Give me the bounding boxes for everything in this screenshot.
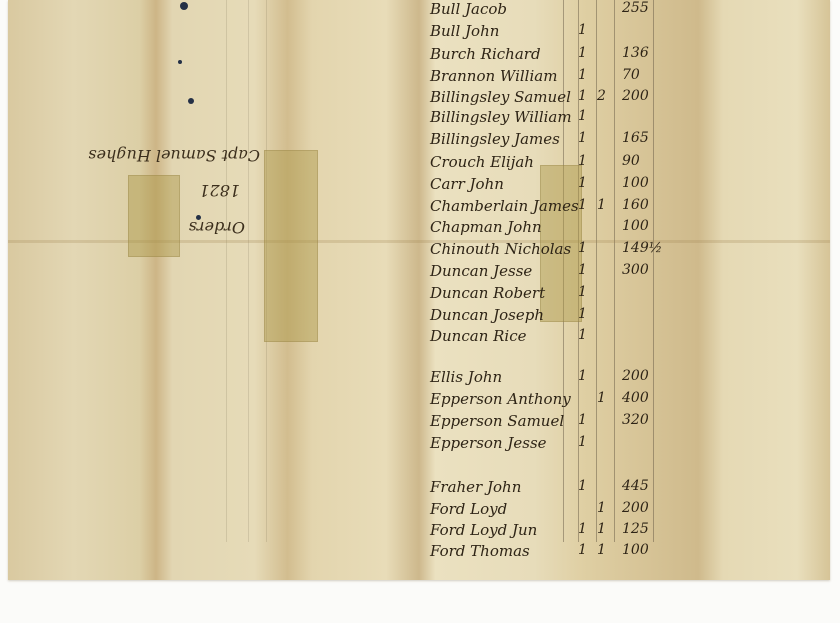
row-name: Duncan Rice (430, 327, 527, 345)
docket-captain: Capt Samuel Hughes (88, 146, 260, 165)
row-amount: 400 (622, 390, 649, 406)
row-name: Burch Richard (430, 45, 541, 63)
row-count1: 1 (578, 368, 587, 384)
ink-spot (178, 60, 182, 64)
row-name: Ford Thomas (430, 542, 530, 560)
row-count1: 1 (578, 88, 587, 104)
row-count1: 1 (578, 22, 587, 38)
row-name: Epperson Anthony (430, 390, 571, 408)
ledger-paper (8, 0, 830, 580)
row-amount: 320 (622, 412, 649, 428)
row-count1: 1 (578, 327, 587, 343)
row-count2: 1 (597, 390, 606, 406)
row-name: Fraher John (430, 478, 521, 496)
row-count1: 1 (578, 521, 587, 537)
row-name: Crouch Elijah (430, 153, 534, 171)
column-rule (614, 0, 615, 542)
row-name: Duncan Robert (430, 284, 545, 302)
row-amount: 70 (622, 67, 640, 83)
row-amount: 160 (622, 197, 649, 213)
row-amount: 90 (622, 153, 640, 169)
row-amount: 200 (622, 88, 649, 104)
row-count1: 1 (578, 197, 587, 213)
row-amount: 165 (622, 130, 649, 146)
column-rule (653, 0, 654, 542)
row-amount: 149½ (622, 240, 662, 256)
row-count1: 1 (578, 478, 587, 494)
row-name: Brannon William (430, 67, 557, 85)
row-count1: 1 (578, 45, 587, 61)
row-amount: 200 (622, 500, 649, 516)
row-amount: 255 (622, 0, 649, 16)
row-count1: 1 (578, 306, 587, 322)
docket-title: Orders (189, 218, 245, 237)
row-name: Chapman John (430, 218, 542, 236)
row-name: Duncan Jesse (430, 262, 532, 280)
row-count1: 1 (578, 153, 587, 169)
row-count1: 1 (578, 284, 587, 300)
row-count1: 1 (578, 175, 587, 191)
row-amount: 100 (622, 542, 649, 558)
column-rule (248, 0, 249, 542)
row-count2: 1 (597, 542, 606, 558)
row-count1: 1 (578, 240, 587, 256)
row-amount: 125 (622, 521, 649, 537)
docket-year: 1821 (199, 181, 240, 200)
column-rule (226, 0, 227, 542)
row-count2: 1 (597, 197, 606, 213)
row-name: Duncan Joseph (430, 306, 544, 324)
row-name: Ford Loyd (430, 500, 507, 518)
row-amount: 100 (622, 218, 649, 234)
row-name: Billingsley James (430, 130, 560, 148)
row-count2: 1 (597, 521, 606, 537)
row-name: Carr John (430, 175, 504, 193)
row-amount: 100 (622, 175, 649, 191)
row-amount: 445 (622, 478, 649, 494)
row-count2: 1 (597, 500, 606, 516)
row-name: Epperson Samuel (430, 412, 564, 430)
row-count2: 2 (597, 88, 606, 104)
column-rule (596, 0, 597, 542)
docket-rotated: Capt Samuel Hughes 1821 Orders (130, 115, 280, 245)
row-name: Epperson Jesse (430, 434, 547, 452)
row-count1: 1 (578, 434, 587, 450)
row-name: Bull Jacob (430, 0, 507, 18)
row-count1: 1 (578, 67, 587, 83)
ink-spot (180, 2, 188, 10)
row-name: Ellis John (430, 368, 502, 386)
row-name: Ford Loyd Jun (430, 521, 537, 539)
row-name: Chinouth Nicholas (430, 240, 571, 258)
row-count1: 1 (578, 412, 587, 428)
row-count1: 1 (578, 130, 587, 146)
row-count1: 1 (578, 262, 587, 278)
row-amount: 136 (622, 45, 649, 61)
ink-spot (188, 98, 194, 104)
row-count1: 1 (578, 542, 587, 558)
row-count1: 1 (578, 108, 587, 124)
row-name: Chamberlain James (430, 197, 579, 215)
row-name: Billingsley William (430, 108, 572, 126)
row-amount: 300 (622, 262, 649, 278)
row-amount: 200 (622, 368, 649, 384)
row-name: Billingsley Samuel (430, 88, 571, 106)
row-name: Bull John (430, 22, 499, 40)
